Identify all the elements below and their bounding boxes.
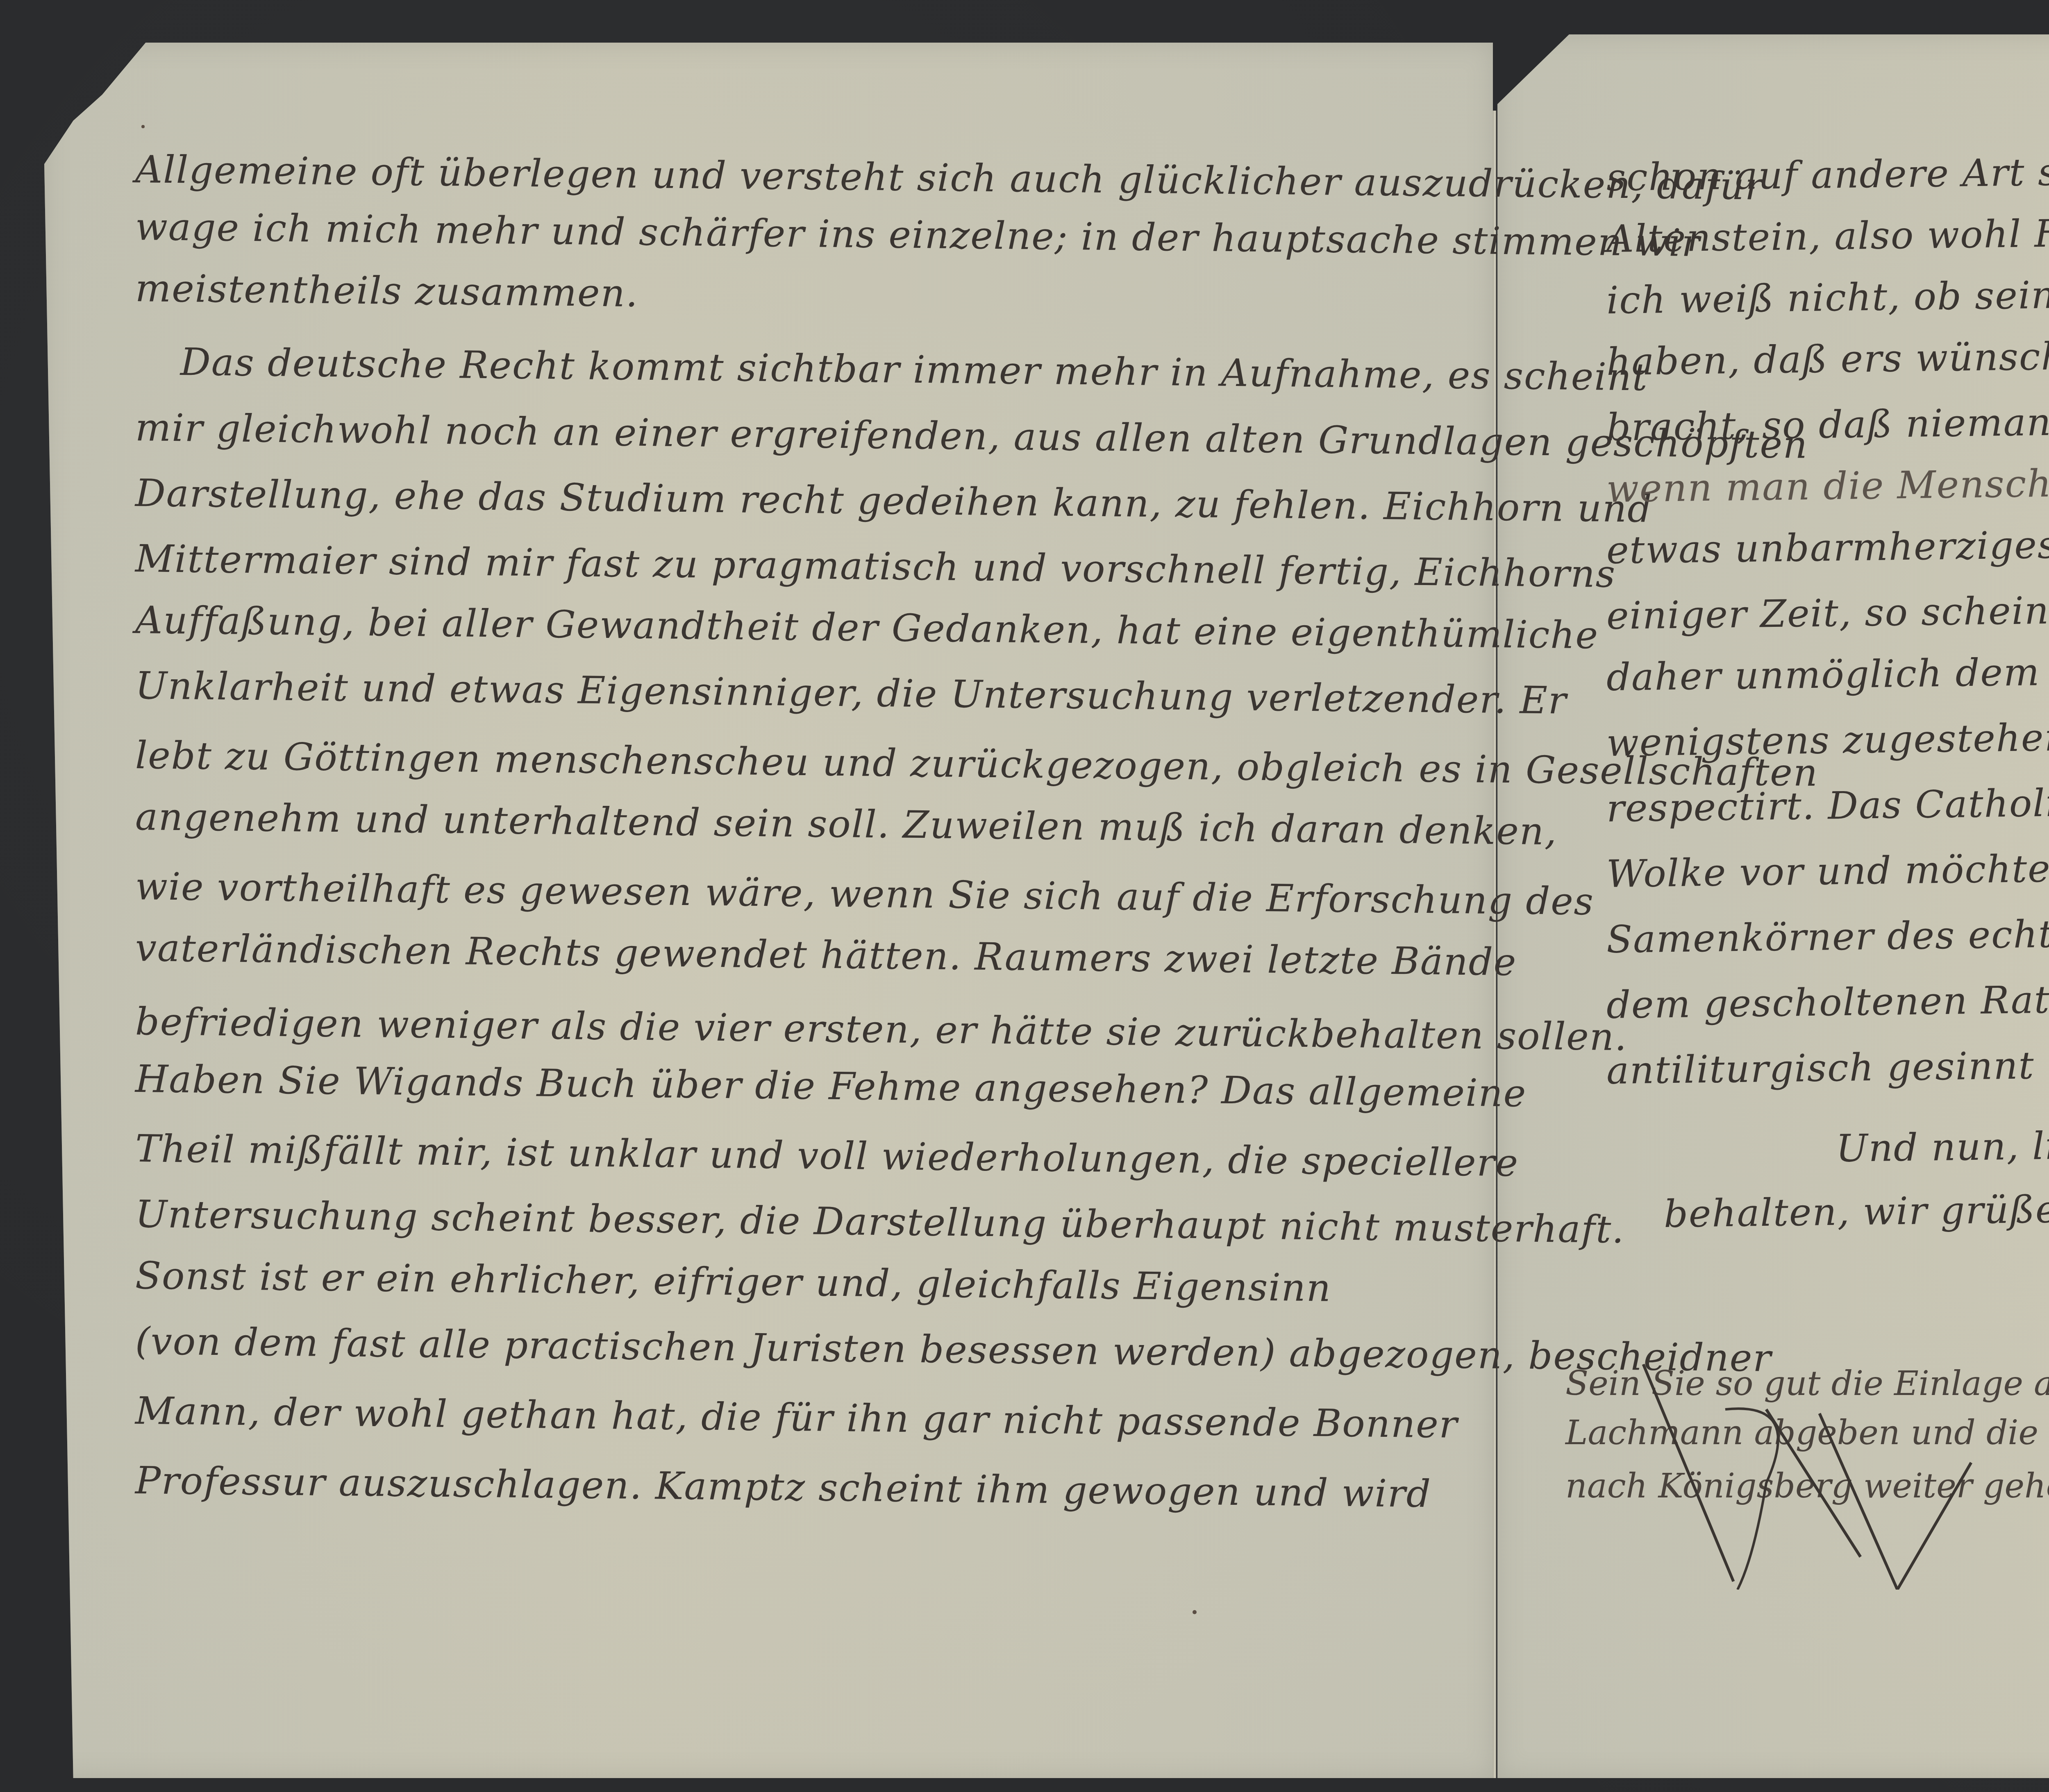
left-text-line: meistentheils zusammen. [135, 266, 638, 315]
strikethrough-marks [1631, 1360, 2049, 1590]
ink-speck [141, 125, 145, 128]
ink-speck [1193, 1610, 1197, 1614]
